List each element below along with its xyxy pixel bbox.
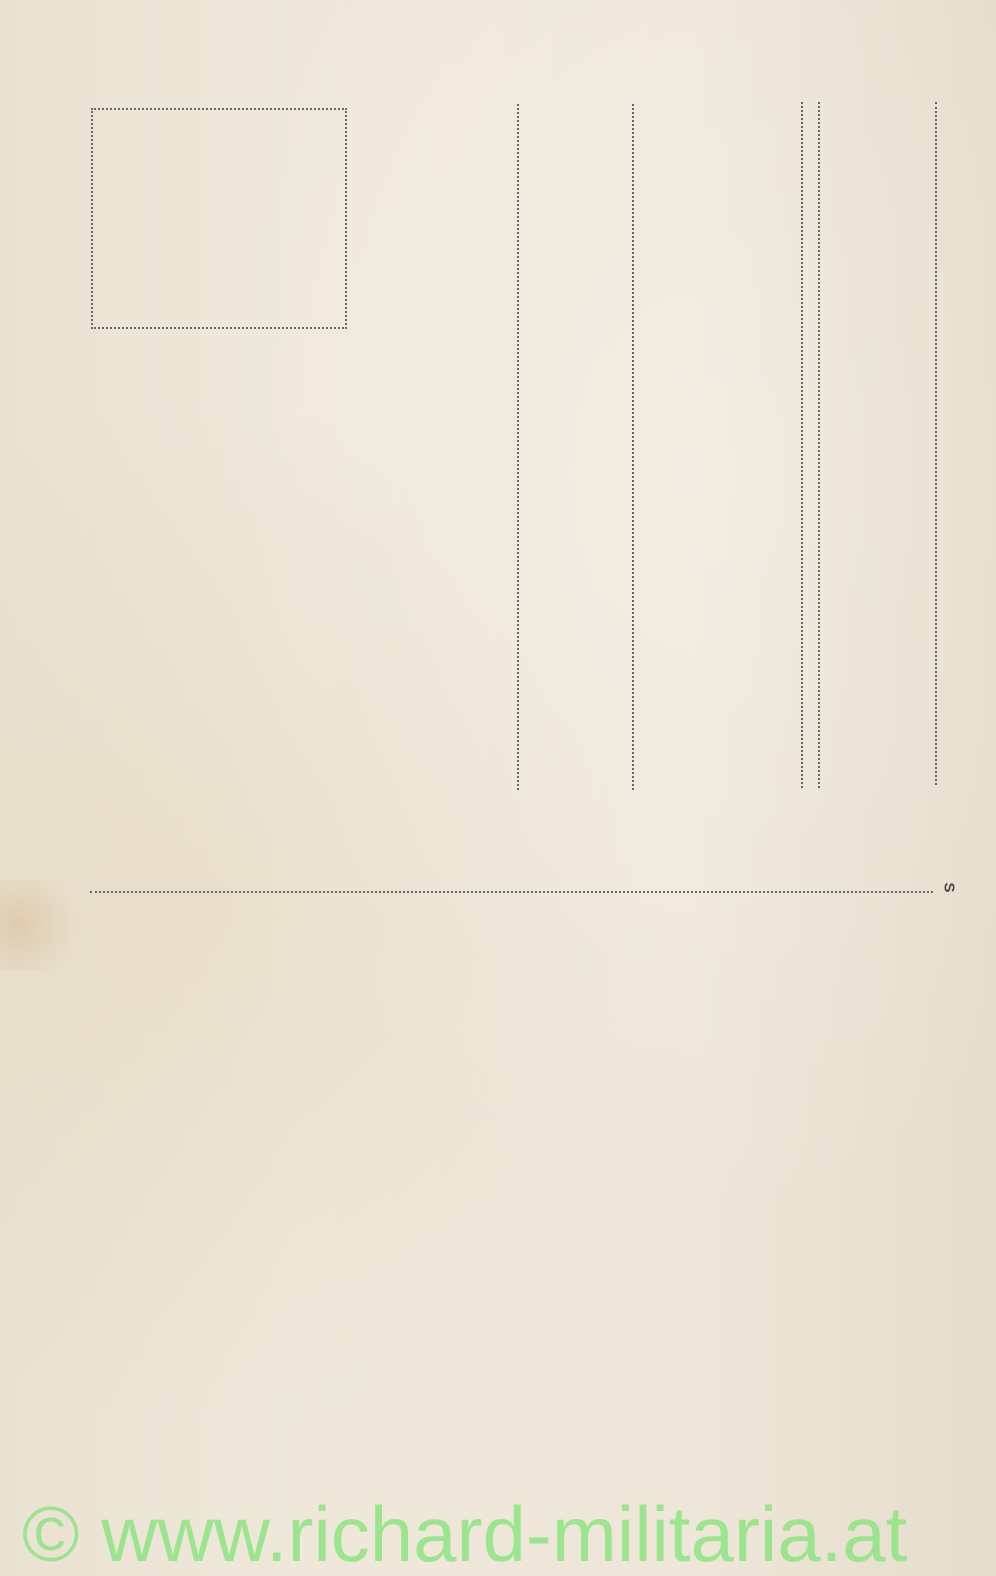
address-line-4 (818, 102, 820, 788)
address-line-5 (935, 102, 937, 785)
address-line-2 (632, 104, 634, 790)
address-line-3 (801, 102, 803, 788)
address-line-1 (517, 104, 519, 790)
divider-marker-letter: S (941, 882, 958, 892)
postcard-back: S © www.richard-militaria.at (0, 0, 996, 1576)
paper-stain (0, 880, 90, 970)
horizontal-divider-line (90, 891, 933, 893)
stamp-placeholder-box (91, 108, 347, 329)
copyright-watermark: © www.richard-militaria.at (22, 1494, 907, 1574)
